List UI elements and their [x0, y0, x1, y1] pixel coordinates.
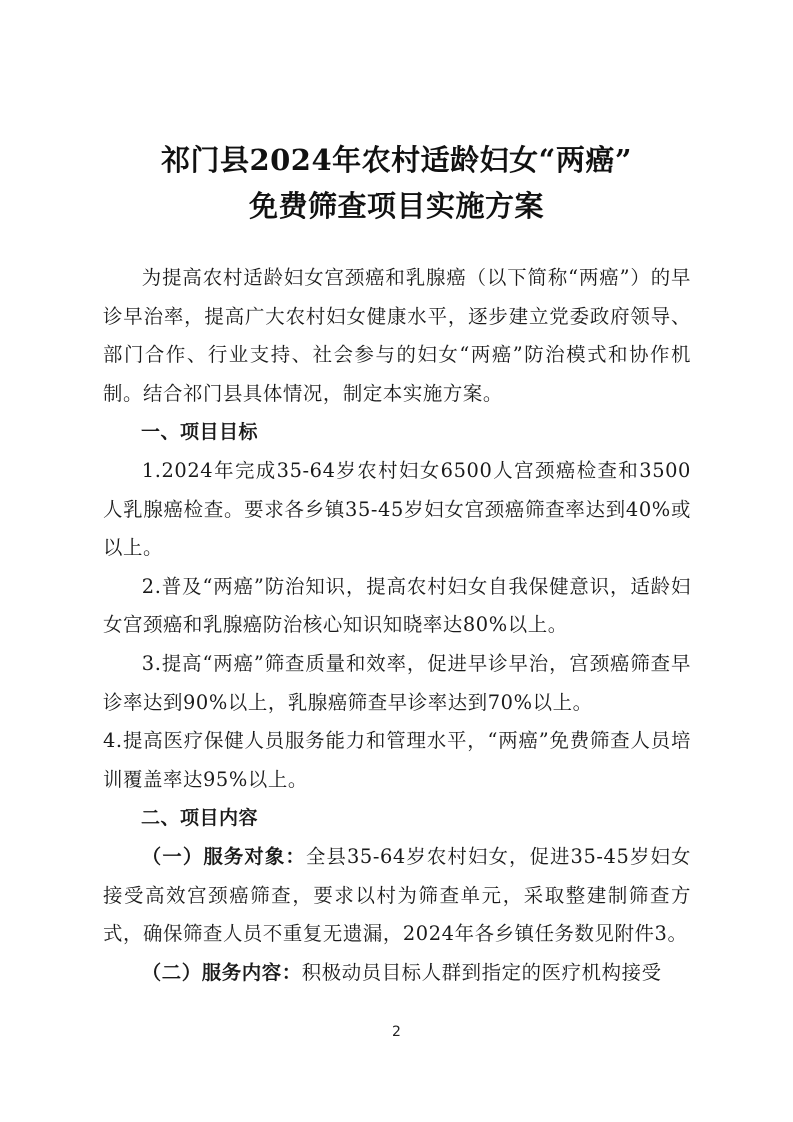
goal-item-3: 3.提高“两癌”筛查质量和效率，促进早诊早治，宫颈癌筛查早诊率达到90%以上，乳… — [103, 645, 691, 722]
document-page: 祁门县2024年农村适龄妇女“两癌” 免费筛查项目实施方案 为提高农村适龄妇女宫… — [0, 0, 793, 1122]
document-title-line2: 免费筛查项目实施方案 — [0, 184, 793, 228]
section2-heading: 二、项目内容 — [103, 799, 691, 838]
service-content-label: （二）服务内容： — [142, 961, 302, 984]
service-target-label: （一）服务对象： — [142, 845, 306, 868]
service-target-paragraph: （一）服务对象：全县35-64岁农村妇女，促进35-45岁妇女接受高效宫颈癌筛查… — [103, 838, 691, 954]
page-number: 2 — [0, 1024, 793, 1040]
section1-heading: 一、项目目标 — [103, 413, 691, 452]
service-content-paragraph: （二）服务内容：积极动员目标人群到指定的医疗机构接受 — [103, 954, 691, 993]
intro-paragraph: 为提高农村适龄妇女宫颈癌和乳腺癌（以下简称“两癌”）的早诊早治率，提高广大农村妇… — [103, 259, 691, 413]
document-body: 为提高农村适龄妇女宫颈癌和乳腺癌（以下简称“两癌”）的早诊早治率，提高广大农村妇… — [103, 259, 691, 992]
document-title-line1: 祁门县2024年农村适龄妇女“两癌” — [0, 138, 793, 182]
goal-item-2: 2.普及“两癌”防治知识，提高农村妇女自我保健意识，适龄妇女宫颈癌和乳腺癌防治核… — [103, 568, 691, 645]
goal-item-4: 4.提高医疗保健人员服务能力和管理水平，“两癌”免费筛查人员培训覆盖率达95%以… — [103, 722, 691, 799]
goal-item-1: 1.2024年完成35-64岁农村妇女6500人宫颈癌检查和3500人乳腺癌检查… — [103, 452, 691, 568]
service-content-text: 积极动员目标人群到指定的医疗机构接受 — [302, 961, 662, 984]
